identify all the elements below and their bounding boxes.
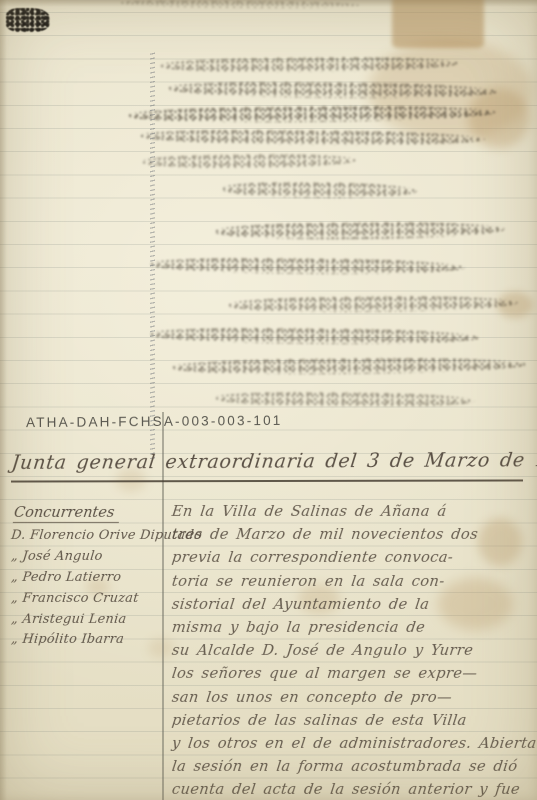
body-line: previa la correspondiente convoca- bbox=[170, 549, 529, 572]
body-line: san los unos en concepto de pro— bbox=[170, 689, 529, 712]
body-line: En la Villa de Salinas de Añana á bbox=[170, 503, 529, 526]
paper-stain bbox=[497, 292, 533, 318]
ink-smudge-row bbox=[228, 294, 518, 313]
attendee-name: „ Aristegui Lenia bbox=[10, 612, 170, 633]
ink-smudge-row bbox=[215, 220, 505, 240]
body-line: su Alcalde D. José de Angulo y Yurre bbox=[170, 642, 529, 665]
paper-stain bbox=[392, 0, 484, 48]
margin-line-wavy bbox=[150, 52, 155, 460]
attendee-name: „ Hipólito Ibarra bbox=[10, 632, 170, 653]
body-text: En la Villa de Salinas de Añana átres de… bbox=[173, 503, 529, 800]
body-line: tres de Marzo de mil novecientos dos bbox=[170, 526, 529, 549]
archival-code: ATHA-DAH-FCHSA-003-003-101 bbox=[26, 413, 283, 430]
page-edge-left bbox=[0, 0, 7, 800]
paper-stain bbox=[368, 40, 533, 140]
ink-smudge-row bbox=[168, 81, 498, 100]
attendee-name: „ Francisco Cruzat bbox=[10, 591, 170, 612]
body-line: cuenta del acta de la sesión anterior y … bbox=[170, 781, 529, 800]
body-line: los señores que al margen se expre— bbox=[170, 665, 529, 688]
attendee-name: „ José Angulo bbox=[10, 549, 170, 570]
title-underline bbox=[11, 479, 523, 482]
manuscript-page: ATHA-DAH-FCHSA-003-003-101 Junta general… bbox=[0, 0, 537, 800]
ink-smudge-row bbox=[150, 257, 465, 276]
page-edge-top bbox=[0, 0, 537, 7]
body-line: sistorial del Ayuntamiento de la bbox=[170, 596, 529, 619]
attendees-header: Concurrentes bbox=[13, 505, 121, 523]
ink-smudge-row bbox=[222, 181, 417, 199]
body-line: la sesión en la forma acostumbrada se di… bbox=[170, 758, 529, 781]
paper-stain bbox=[468, 88, 530, 148]
attendee-name: „ Pedro Latierro bbox=[10, 570, 170, 591]
ink-smudge-row bbox=[142, 153, 357, 169]
attendees-list: D. Florencio Orive Diputado„ José Angulo… bbox=[12, 528, 170, 653]
session-title: Junta general extraordinaria del 3 de Ma… bbox=[10, 449, 537, 474]
ink-smudge-row bbox=[160, 55, 460, 73]
body-line: toria se reunieron en la sala con- bbox=[170, 573, 529, 596]
ink-smudge-row bbox=[150, 327, 480, 346]
ink-smudge-row bbox=[120, 0, 360, 9]
ink-smudge-row bbox=[172, 356, 527, 376]
ink-smudge-row bbox=[128, 104, 496, 124]
body-line: y los otros en el de administradores. Ab… bbox=[170, 735, 529, 758]
ink-blot-top-left bbox=[6, 8, 50, 32]
attendee-name: D. Florencio Orive Diputado bbox=[10, 528, 170, 549]
ink-smudge-row bbox=[215, 391, 475, 408]
body-line: pietarios de las salinas de esta Villa bbox=[170, 712, 529, 735]
ink-smudge-row bbox=[140, 128, 485, 146]
body-line: misma y bajo la presidencia de bbox=[170, 619, 529, 642]
